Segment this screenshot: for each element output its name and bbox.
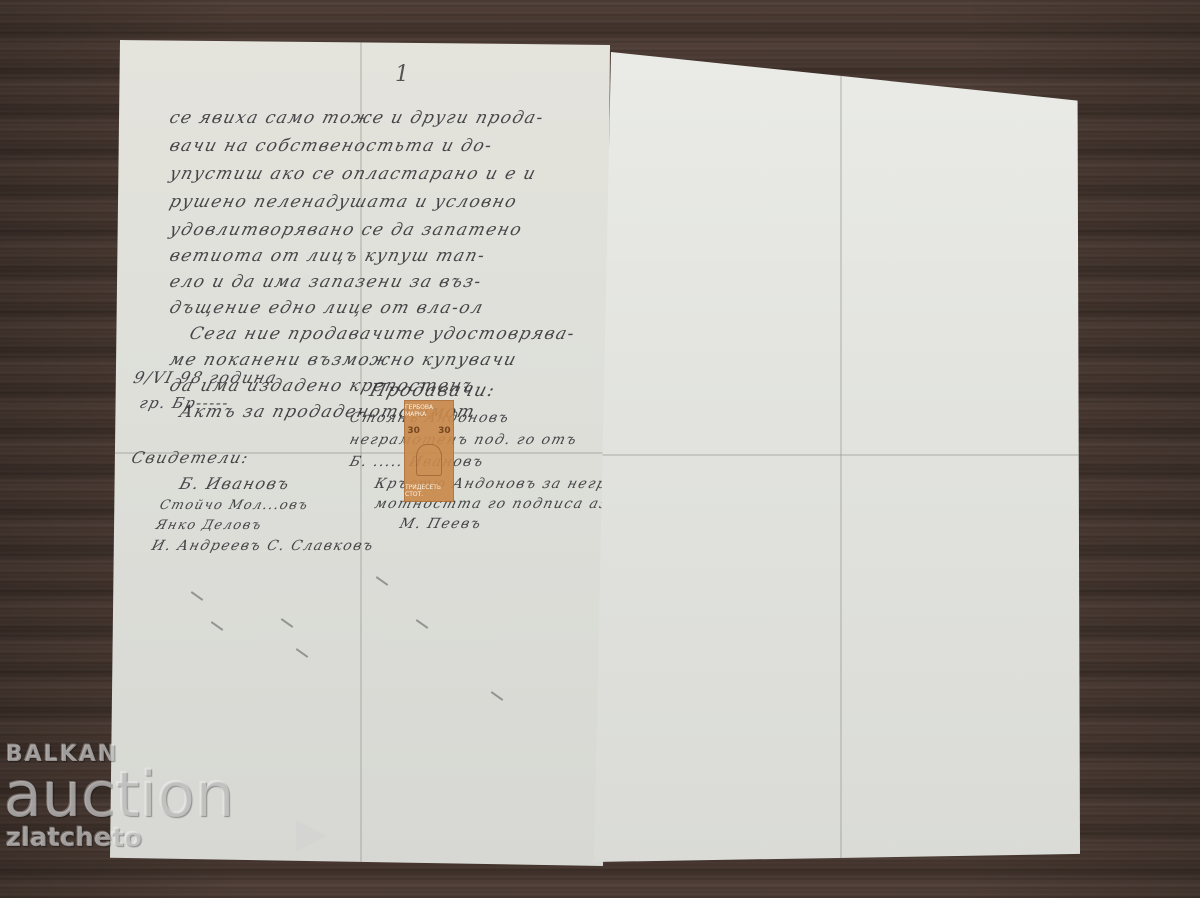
document-right-page	[594, 52, 1080, 862]
bleed-through-mark	[376, 576, 389, 586]
page-number-mark: 1	[395, 62, 409, 87]
stamp-top-text: ГЕРБОВА МАРКА	[405, 404, 453, 418]
handwritten-line: рушено пеленадушата и условно	[167, 192, 519, 212]
stamp-value-left: 30	[407, 426, 420, 436]
handwritten-line: удовлитворявано се да запатено	[167, 220, 525, 240]
handwritten-line: ветиота от лицъ купуш тап-	[167, 246, 488, 266]
witnesses-heading: Свидетели:	[129, 448, 251, 467]
sellers-heading: Продавачи:	[367, 380, 498, 401]
place-line: гр. Бр-----	[138, 394, 232, 412]
bleed-through-mark	[416, 619, 429, 629]
coat-of-arms-icon	[416, 444, 442, 476]
play-triangle-icon	[296, 820, 326, 852]
bleed-through-mark	[191, 591, 204, 601]
handwritten-line: вачи на собственостьта и до-	[167, 136, 495, 156]
handwritten-line: дъщение едно лице от вла-ол	[167, 298, 486, 318]
seller-line: неграмотенъ под. го отъ	[348, 432, 579, 448]
bleed-through-mark	[281, 618, 294, 628]
seller-line: М. Пеевъ	[398, 516, 484, 532]
witness-line: Стойчо Мол...овъ	[158, 498, 310, 513]
witness-line: Янко Деловъ	[154, 518, 264, 533]
handwritten-line: ме поканени възможно купувачи	[167, 350, 519, 370]
witness-line: И. Андреевъ С. Славковъ	[150, 538, 376, 554]
witness-line: Б. Ивановъ	[177, 474, 292, 493]
stamp-bottom-text: ТРИДЕСЕТЬ СТОТ.	[405, 484, 453, 498]
handwritten-line: Сега ние продавачите удостоврява-	[187, 324, 577, 344]
bleed-through-mark	[296, 648, 309, 658]
fold-crease-horizontal	[594, 454, 1080, 456]
watermark-main: auction	[4, 767, 234, 823]
date-line: 9/VI 98 година	[131, 368, 279, 387]
bleed-through-mark	[491, 691, 504, 701]
handwritten-line: се явиха само тоже и други прода-	[167, 108, 546, 128]
handwritten-line: упустиш ако се опластарано и е и	[167, 164, 539, 184]
site-watermark: BALKAN auction zlatcheto	[6, 742, 234, 853]
handwritten-line: ело и да има запазени за въз-	[167, 272, 484, 292]
stamp-value-right: 30	[438, 426, 451, 436]
bleed-through-mark	[211, 621, 224, 631]
revenue-stamp: ГЕРБОВА МАРКА 30 30 ТРИДЕСЕТЬ СТОТ.	[404, 400, 454, 502]
fold-crease-vertical	[840, 52, 842, 862]
